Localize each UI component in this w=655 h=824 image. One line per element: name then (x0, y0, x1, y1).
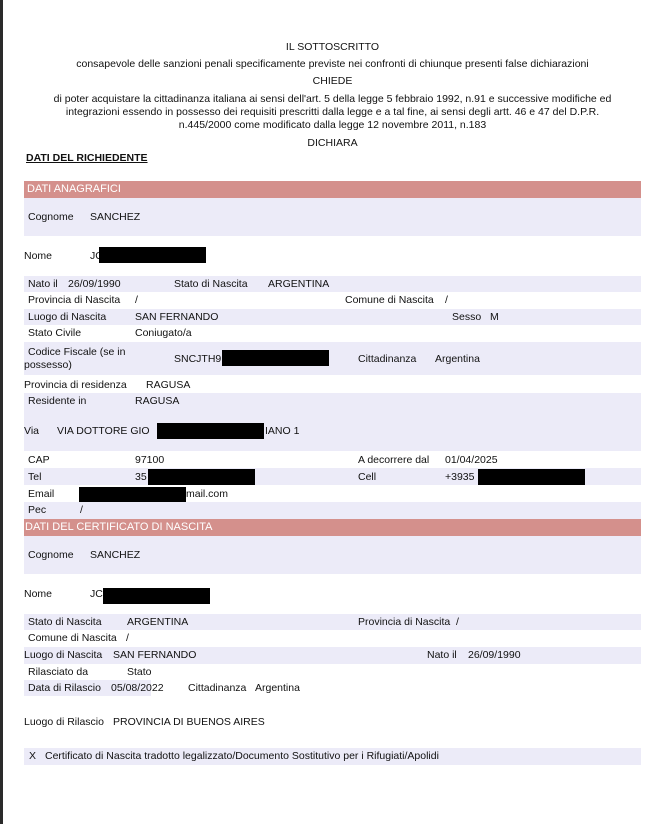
cell-label: Cell (358, 471, 376, 483)
cell-value: +3935 (445, 471, 475, 483)
redaction-box (478, 469, 585, 485)
sottoscritto-heading: IL SOTTOSCRITTO (24, 41, 641, 53)
cap-label: CAP (28, 454, 50, 466)
codice-fiscale-label-2: possesso) (24, 359, 72, 371)
cap-value: 97100 (135, 454, 164, 466)
codice-fiscale-label-1: Codice Fiscale (se in (28, 346, 125, 358)
checkbox-mark: X (29, 750, 36, 762)
provincia-nascita-label: Provincia di Nascita (28, 294, 120, 306)
redaction-box (79, 487, 186, 503)
codice-fiscale-value: SNCJTH9 (174, 353, 221, 365)
cognome-value: SANCHEZ (90, 211, 140, 223)
row-residenza (24, 393, 641, 451)
stato-civile-label: Stato Civile (28, 327, 81, 339)
request-text-line3: n.445/2000 come modificato dalla legge 1… (24, 119, 641, 131)
request-text-line1: di poter acquistare la cittadinanza ital… (24, 93, 641, 105)
luogo-nascita-value: SAN FERNANDO (135, 311, 218, 323)
header-label: DATI ANAGRAFICI (27, 183, 121, 195)
nato-il-label: Nato il (28, 278, 58, 290)
cert-nome-value: JC (90, 588, 103, 600)
pec-label: Pec (28, 504, 46, 516)
pec-value: / (80, 504, 83, 516)
cognome-label: Cognome (28, 211, 74, 223)
cert-luogo-label: Luogo di Nascita (24, 649, 102, 661)
stato-nascita-value: ARGENTINA (268, 278, 329, 290)
cert-luogo-value: SAN FERNANDO (113, 649, 196, 661)
sesso-label: Sesso (452, 311, 481, 323)
row-luogo (24, 309, 641, 325)
viewer-left-border (0, 0, 3, 824)
redaction-box (222, 350, 329, 366)
chiede-heading: CHIEDE (24, 75, 641, 87)
cert-cognome-label: Cognome (28, 549, 74, 561)
via-value-end: IANO 1 (265, 425, 299, 437)
tel-label: Tel (28, 471, 41, 483)
stato-civile-value: Coniugato/a (135, 327, 192, 339)
row-pec (24, 502, 641, 519)
email-value: mail.com (186, 488, 228, 500)
comune-nascita-label: Comune di Nascita (345, 294, 434, 306)
header-dati-anagrafici: DATI ANAGRAFICI (24, 181, 641, 198)
data-rilascio-value: 05/08/2022 (111, 682, 164, 694)
header-certificato-nascita: DATI DEL CERTIFICATO DI NASCITA (24, 519, 641, 536)
nome-label: Nome (24, 250, 52, 262)
rilasciato-da-value: Stato (127, 666, 152, 678)
checkbox-text: Certificato di Nascita tradotto legalizz… (45, 750, 439, 762)
tel-value: 35 (135, 471, 147, 483)
redaction-box (157, 423, 264, 439)
cert-comune-value: / (126, 632, 129, 644)
luogo-rilascio-value: PROVINCIA DI BUENOS AIRES (113, 716, 265, 728)
residente-in-value: RAGUSA (135, 395, 179, 407)
cert-provincia-label: Provincia di Nascita (358, 616, 450, 628)
cert-nato-il-label: Nato il (427, 649, 457, 661)
redaction-box (99, 247, 206, 263)
email-label: Email (28, 488, 54, 500)
request-text-line2: integrazioni essendo in possesso dei req… (24, 106, 641, 118)
luogo-rilascio-label: Luogo di Rilascio (24, 716, 104, 728)
dichiara-heading: DICHIARA (24, 137, 641, 149)
via-value-start: VIA DOTTORE GIO (57, 425, 150, 437)
decorrere-label: A decorrere dal (358, 454, 429, 466)
provincia-residenza-value: RAGUSA (146, 379, 190, 391)
cert-cittadinanza-value: Argentina (255, 682, 300, 694)
cert-comune-label: Comune di Nascita (28, 632, 117, 644)
header-label: DATI DEL CERTIFICATO DI NASCITA (25, 521, 212, 533)
consapevole-text: consapevole delle sanzioni penali specif… (24, 58, 641, 70)
cert-cittadinanza-label: Cittadinanza (188, 682, 246, 694)
redaction-box (103, 588, 210, 604)
sesso-value: M (490, 311, 499, 323)
provincia-residenza-label: Provincia di residenza (24, 379, 127, 391)
cert-provincia-value: / (456, 616, 459, 628)
nato-il-value: 26/09/1990 (68, 278, 121, 290)
provincia-nascita-value: / (135, 294, 138, 306)
via-label: Via (24, 425, 39, 437)
residente-in-label: Residente in (28, 395, 86, 407)
cittadinanza-value: Argentina (435, 353, 480, 365)
cert-stato-nascita-value: ARGENTINA (127, 616, 188, 628)
cittadinanza-label: Cittadinanza (358, 353, 416, 365)
comune-nascita-value: / (445, 294, 448, 306)
cert-nato-il-value: 26/09/1990 (468, 649, 521, 661)
data-rilascio-label: Data di Rilascio (28, 682, 101, 694)
row-cert-stato (24, 614, 641, 630)
cert-stato-nascita-label: Stato di Nascita (28, 616, 102, 628)
section-title-richiedente: DATI DEL RICHIEDENTE (26, 152, 148, 164)
cert-cognome-value: SANCHEZ (90, 549, 140, 561)
luogo-nascita-label: Luogo di Nascita (28, 311, 106, 323)
stato-nascita-label: Stato di Nascita (174, 278, 248, 290)
decorrere-value: 01/04/2025 (445, 454, 498, 466)
cert-nome-label: Nome (24, 588, 52, 600)
rilasciato-da-label: Rilasciato da (28, 666, 88, 678)
redaction-box (148, 469, 255, 485)
